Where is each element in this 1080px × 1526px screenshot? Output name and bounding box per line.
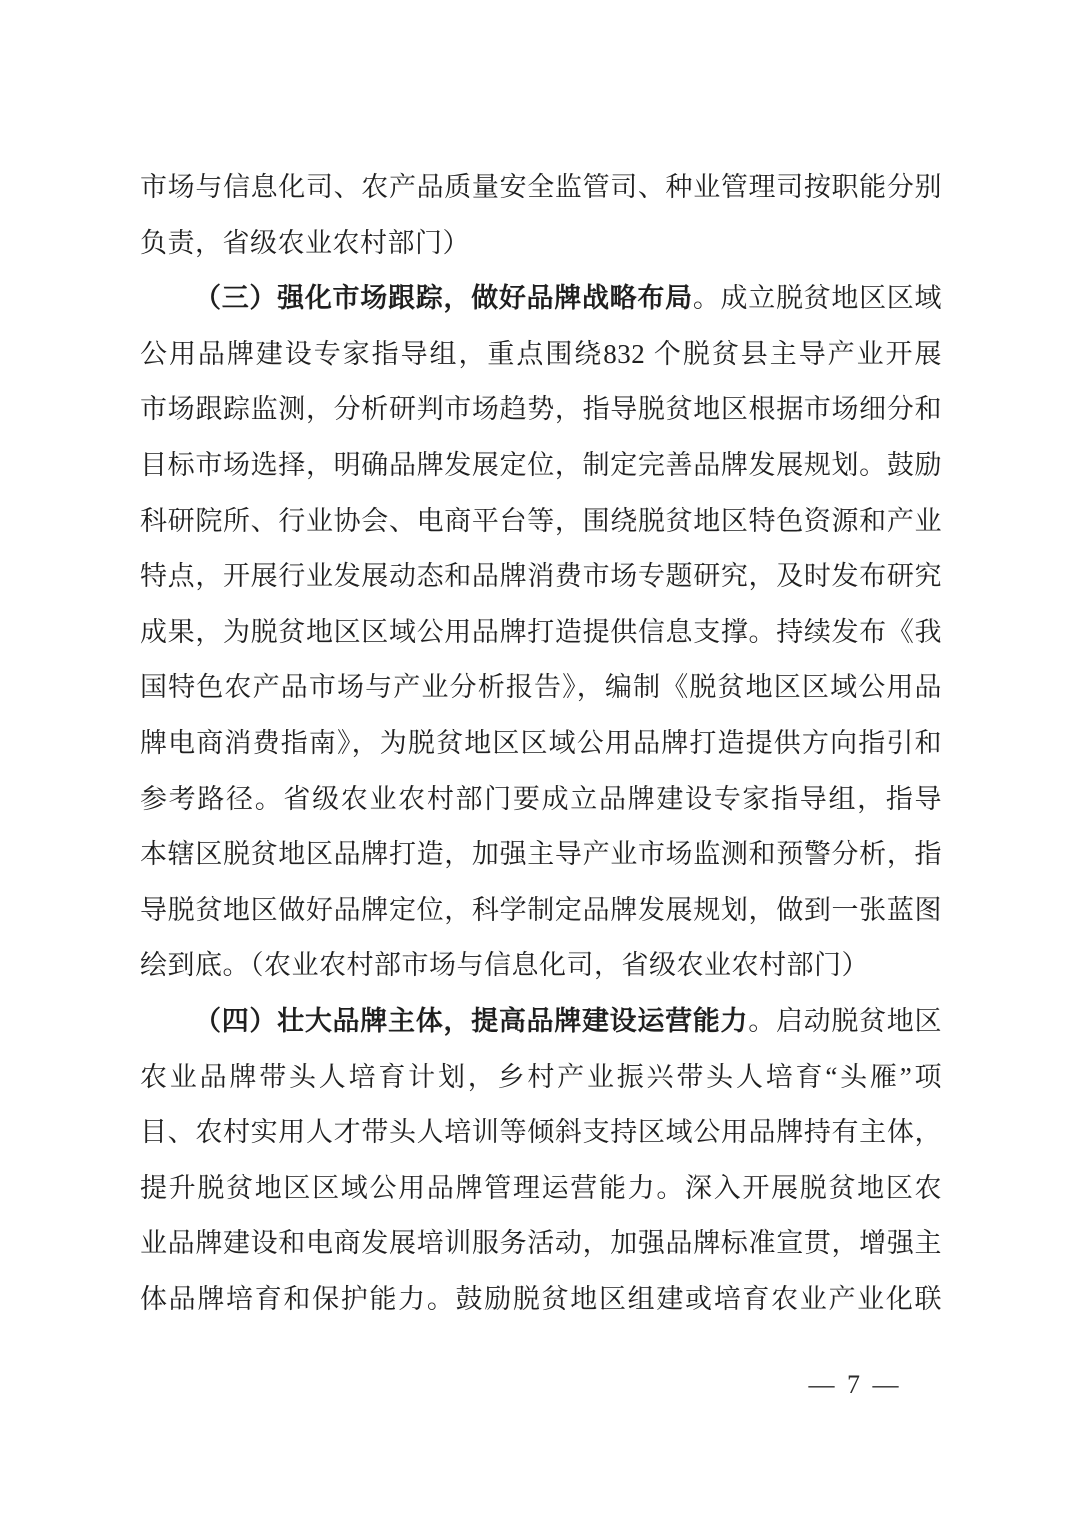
body-text: 。启动脱贫地区 xyxy=(748,1006,942,1036)
text-line: 目标市场选择，明确品牌发展定位，制定完善品牌发展规划。鼓励 xyxy=(140,438,942,494)
text-line: 绘到底。（农业农村部市场与信息化司，省级农业农村部门） xyxy=(140,938,942,994)
text-line: 体品牌培育和保护能力。鼓励脱贫地区组建或培育农业产业化联 xyxy=(140,1272,942,1328)
text-line: 牌电商消费指南》，为脱贫地区区域公用品牌打造提供方向指引和 xyxy=(140,716,942,772)
body-text: 牌电商消费指南》，为脱贫地区区域公用品牌打造提供方向指引和 xyxy=(140,728,942,758)
body-text: 市场跟踪监测，分析研判市场趋势，指导脱贫地区根据市场细分和 xyxy=(140,394,942,424)
page-number: — 7 — xyxy=(770,1370,940,1400)
text-line: （四）壮大品牌主体，提高品牌建设运营能力。启动脱贫地区 xyxy=(140,994,942,1050)
text-line: 成果，为脱贫地区区域公用品牌打造提供信息支撑。持续发布《我 xyxy=(140,605,942,661)
text-line: 负责，省级农业农村部门） xyxy=(140,216,942,272)
body-text: 国特色农产品市场与产业分析报告》，编制《脱贫地区区域公用品 xyxy=(140,672,942,702)
body-text: 业品牌建设和电商发展培训服务活动，加强品牌标准宣贯，增强主 xyxy=(140,1228,942,1258)
text-line: （三）强化市场跟踪，做好品牌战略布局。成立脱贫地区区域 xyxy=(140,271,942,327)
document-body: 市场与信息化司、农产品质量安全监管司、种业管理司按职能分别负责，省级农业农村部门… xyxy=(140,160,942,1327)
text-line: 特点，开展行业发展动态和品牌消费市场专题研究，及时发布研究 xyxy=(140,549,942,605)
body-text: 体品牌培育和保护能力。鼓励脱贫地区组建或培育农业产业化联 xyxy=(140,1284,942,1314)
body-text: 科研院所、行业协会、电商平台等，围绕脱贫地区特色资源和产业 xyxy=(140,506,942,536)
document-page: 市场与信息化司、农产品质量安全监管司、种业管理司按职能分别负责，省级农业农村部门… xyxy=(0,0,1080,1526)
text-line: 目、农村实用人才带头人培训等倾斜支持区域公用品牌持有主体， xyxy=(140,1105,942,1161)
text-line: 导脱贫地区做好品牌定位，科学制定品牌发展规划，做到一张蓝图 xyxy=(140,883,942,939)
body-text: 导脱贫地区做好品牌定位，科学制定品牌发展规划，做到一张蓝图 xyxy=(140,895,942,925)
body-text: 本辖区脱贫地区品牌打造，加强主导产业市场监测和预警分析，指 xyxy=(140,839,942,869)
text-line: 参考路径。省级农业农村部门要成立品牌建设专家指导组，指导 xyxy=(140,772,942,828)
text-line: 科研院所、行业协会、电商平台等，围绕脱贫地区特色资源和产业 xyxy=(140,494,942,550)
text-line: 国特色农产品市场与产业分析报告》，编制《脱贫地区区域公用品 xyxy=(140,660,942,716)
body-text: 公用品牌建设专家指导组，重点围绕832 个脱贫县主导产业开展 xyxy=(140,339,942,369)
text-line: 本辖区脱贫地区品牌打造，加强主导产业市场监测和预警分析，指 xyxy=(140,827,942,883)
body-text: 绘到底。（农业农村部市场与信息化司，省级农业农村部门） xyxy=(140,950,869,980)
text-line: 提升脱贫地区区域公用品牌管理运营能力。深入开展脱贫地区农 xyxy=(140,1161,942,1217)
body-text: 参考路径。省级农业农村部门要成立品牌建设专家指导组，指导 xyxy=(140,784,942,814)
body-text: 目标市场选择，明确品牌发展定位，制定完善品牌发展规划。鼓励 xyxy=(140,450,942,480)
body-text: 农业品牌带头人培育计划，乡村产业振兴带头人培育“头雁”项 xyxy=(140,1062,942,1092)
text-line: 市场跟踪监测，分析研判市场趋势，指导脱贫地区根据市场细分和 xyxy=(140,382,942,438)
paragraph-heading-text: （四）壮大品牌主体，提高品牌建设运营能力 xyxy=(194,1006,748,1036)
text-line: 农业品牌带头人培育计划，乡村产业振兴带头人培育“头雁”项 xyxy=(140,1050,942,1106)
body-text: 负责，省级农业农村部门） xyxy=(140,228,470,258)
body-text: 提升脱贫地区区域公用品牌管理运营能力。深入开展脱贫地区农 xyxy=(140,1173,942,1203)
body-text: 市场与信息化司、农产品质量安全监管司、种业管理司按职能分别 xyxy=(140,172,942,202)
body-text: 特点，开展行业发展动态和品牌消费市场专题研究，及时发布研究 xyxy=(140,561,942,591)
body-text: 成果，为脱贫地区区域公用品牌打造提供信息支撑。持续发布《我 xyxy=(140,617,942,647)
paragraph-heading-text: （三）强化市场跟踪，做好品牌战略布局 xyxy=(194,283,693,313)
body-text: 目、农村实用人才带头人培训等倾斜支持区域公用品牌持有主体， xyxy=(140,1117,942,1147)
text-line: 市场与信息化司、农产品质量安全监管司、种业管理司按职能分别 xyxy=(140,160,942,216)
text-line: 公用品牌建设专家指导组，重点围绕832 个脱贫县主导产业开展 xyxy=(140,327,942,383)
text-line: 业品牌建设和电商发展培训服务活动，加强品牌标准宣贯，增强主 xyxy=(140,1216,942,1272)
body-text: 。成立脱贫地区区域 xyxy=(693,283,942,313)
